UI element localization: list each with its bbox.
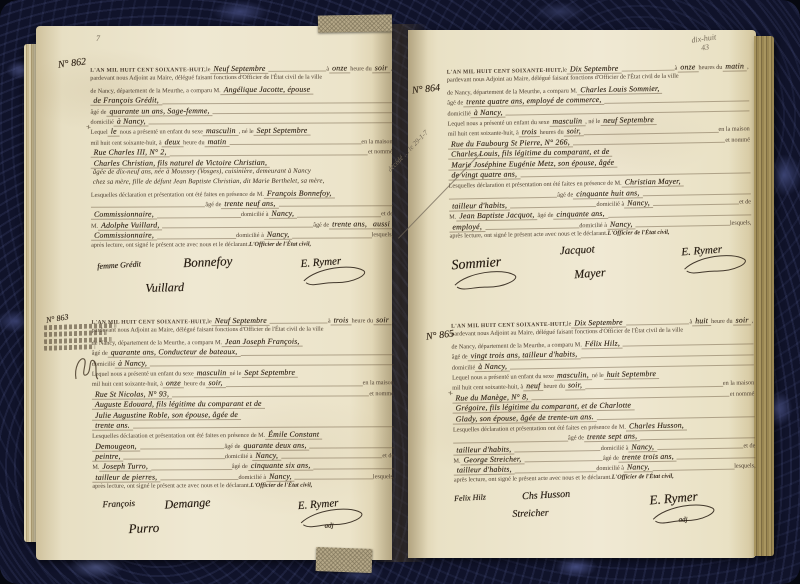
handwritten-entry: soir	[733, 315, 752, 325]
handwritten-entry: à Nancy,	[115, 358, 150, 368]
printed-form-text: domicilié à	[596, 465, 624, 472]
blank-rule	[269, 65, 327, 72]
handwritten-entry: soir	[372, 63, 391, 73]
printed-form-text: ,	[747, 63, 749, 70]
handwritten-entry: neuf Septembre	[600, 115, 657, 126]
handwritten-entry: matin	[205, 137, 230, 147]
handwritten-entry: Neuf Septembre	[212, 316, 270, 326]
handwritten-entry: Commissionnaire,	[91, 210, 157, 220]
printed-form-text: et de	[739, 198, 751, 205]
handwritten-entry: masculin	[203, 126, 239, 136]
handwritten-entry: Sept Septembre	[241, 368, 298, 378]
signature: E. Rymer	[300, 253, 370, 291]
printed-form-text: L'an mil huit cent soixante-huit,	[90, 67, 206, 74]
handwritten-entry: onze	[677, 62, 698, 72]
handwritten-entry: trente neuf ans,	[221, 199, 278, 209]
blank-rule	[449, 191, 557, 200]
signature: Sommier	[451, 253, 521, 295]
signature: Purro	[128, 520, 159, 537]
printed-form-text: et nommé	[730, 390, 755, 397]
printed-form-text: lesquels,	[373, 473, 395, 480]
handwritten-entry: Nancy,	[624, 198, 653, 208]
handwritten-entry: quarante deux ans,	[240, 440, 309, 450]
blank-rule	[226, 379, 363, 387]
handwritten-entry: masculin,	[554, 370, 592, 381]
handwritten-entry: huit	[692, 316, 711, 326]
birth-record: L'an mil huit cent soixante-huit, le Dix…	[447, 61, 753, 302]
printed-form-text: âgé de	[232, 463, 248, 470]
handwritten-entry: Angélique Jacotte, épouse	[221, 84, 314, 94]
printed-form-text: de Nancy, département de la Meurthe, a c…	[90, 87, 220, 95]
blank-rule	[636, 219, 730, 228]
printed-form-text: lesquels,	[730, 219, 752, 226]
blank-rule	[608, 208, 752, 218]
handwritten-entry: cinquante huit ans,	[573, 188, 643, 199]
printed-form-text: né le	[592, 372, 604, 379]
handwritten-entry: trente ans.	[92, 420, 133, 430]
blank-rule	[151, 463, 232, 470]
blank-rule	[279, 200, 393, 208]
illegible-script-line	[44, 344, 96, 351]
handwritten-entry: matin	[722, 61, 747, 71]
margin-signature-flourish	[70, 353, 104, 383]
pencil-corner-note: dix-huit 43	[691, 32, 718, 53]
handwritten-entry: tailleur d'habits,	[454, 465, 515, 476]
signatures-block: SommierJacquotMayerE. Rymer	[450, 241, 753, 302]
blank-rule	[170, 148, 369, 156]
printed-form-text: domicilié à	[596, 201, 624, 208]
printed-form-text: Lequel	[91, 129, 108, 136]
blank-rule	[453, 434, 568, 443]
printed-form-text: et nommé	[368, 148, 393, 155]
birth-record: L'an mil huit cent soixante-huit, le Neu…	[90, 63, 393, 311]
blank-rule	[157, 232, 236, 239]
blank-rule	[295, 473, 373, 480]
right-page-stack-edge	[754, 36, 774, 556]
printed-form-text: mil huit cent soixante-huit, à	[91, 139, 162, 146]
handwritten-entry: de François Grédit,	[90, 96, 162, 106]
blank-rule	[642, 187, 750, 196]
handwritten-entry: neuf	[523, 381, 543, 391]
printed-form-text: heure du	[543, 383, 565, 390]
handwritten-entry: Auguste Edouard, fils légitime du compar…	[92, 399, 265, 410]
birth-record: L'an mil huit cent soixante-huit, le Dix…	[451, 315, 757, 545]
handwritten-entry: trente sept ans,	[584, 432, 641, 443]
printed-form-text: âgé de	[557, 191, 573, 198]
handwritten-entry: Rue St Nicolas, N° 93,	[92, 389, 172, 399]
handwritten-entry: soir,	[205, 378, 225, 388]
handwritten-entry: Nancy,	[628, 442, 657, 452]
handwritten-entry: soir,	[564, 127, 584, 137]
blank-rule	[297, 210, 381, 217]
printed-form-text: mil huit cent soixante-huit, à	[452, 384, 523, 392]
printed-form-text: domicilié à	[601, 444, 629, 451]
handwritten-entry: George Streicher,	[460, 454, 524, 465]
blank-rule	[657, 442, 743, 451]
printed-form-text: âgé de	[568, 435, 584, 442]
handwritten-entry: Neuf Septembre	[210, 64, 268, 74]
blank-rule	[640, 431, 755, 440]
birth-record: L'an mil huit cent soixante-huit, le Neu…	[92, 315, 395, 552]
handwritten-entry: Nancy,	[268, 209, 297, 219]
blank-rule	[573, 136, 726, 146]
signature: Jacquot	[560, 243, 595, 257]
handwritten-entry: cinquante ans,	[553, 209, 607, 220]
printed-form-text: en la maison	[718, 126, 749, 134]
blank-rule	[653, 198, 739, 207]
printed-form-text: après lecture, ont signé le présent acte…	[92, 482, 250, 490]
handwritten-entry: onze	[163, 379, 184, 389]
handwritten-entry: Joseph Turro,	[99, 462, 151, 472]
printed-form-text: L'Officier de l'État civil,	[612, 473, 674, 481]
printed-form-text: heure du	[711, 318, 733, 325]
handwritten-entry: âgée de dix-neuf ans, née à Moussey (Vos…	[91, 168, 313, 176]
printed-form-text: et de	[382, 452, 394, 459]
printed-form-text: Lequel nous a présenté un enfant du sexe	[452, 373, 554, 382]
signature: Vuillard	[145, 280, 184, 296]
blank-rule	[485, 222, 579, 231]
handwritten-entry: cinquante six ans,	[248, 461, 314, 471]
handwritten-entry: chez sa mère, fille de défunt Jean Bapti…	[91, 178, 327, 186]
handwritten-entry: à Nancy,	[471, 107, 506, 118]
blank-rule	[510, 201, 596, 210]
printed-form-text: et de	[743, 442, 755, 449]
blank-rule	[160, 473, 238, 480]
printed-form-text: né le	[229, 370, 241, 377]
handwritten-entry: Sept Septembre	[254, 126, 311, 136]
handwritten-entry: Adolphe Vuillard,	[98, 220, 162, 230]
handwritten-entry: trente ans,	[329, 219, 370, 229]
blank-rule	[313, 462, 394, 469]
handwritten-entry: tailleur d'habits,	[449, 201, 510, 212]
handwritten-entry: tailleur d'habits,	[453, 444, 514, 455]
handwritten-entry: quarante un ans, Sage-femme,	[106, 106, 212, 117]
blank-rule	[91, 201, 205, 209]
blank-rule	[623, 337, 754, 346]
signature: François	[102, 498, 135, 509]
printed-form-text: en la maison	[363, 380, 394, 387]
blank-rule	[604, 94, 749, 104]
signature: Demange	[164, 495, 211, 513]
handwritten-entry: Nancy,	[266, 472, 295, 482]
blank-rule	[172, 389, 369, 397]
printed-form-text: âgé de	[224, 443, 240, 450]
blank-rule	[524, 454, 603, 462]
handwritten-entry: employé,	[449, 222, 485, 233]
blank-rule	[584, 126, 719, 135]
printed-form-text: L'Officier de l'État civil,	[250, 482, 312, 489]
illegible-script-line	[44, 337, 114, 344]
signature: adj	[678, 516, 687, 524]
printed-form-text: L'Officier de l'État civil,	[249, 240, 311, 247]
printed-form-text: ,	[751, 317, 753, 324]
printed-form-text: Lesquelles déclaration et présentation o…	[92, 432, 265, 440]
blank-rule	[514, 444, 600, 453]
printed-form-text: Lequel nous a présenté un enfant du sexe	[448, 119, 550, 128]
signature: Chs Husson	[522, 489, 571, 503]
signatures-block: femme GréditBonnefoyVuillardE. Rymer	[91, 253, 393, 311]
printed-form-text: heures du	[698, 64, 722, 71]
printed-form-text: heures du	[540, 129, 564, 136]
signature: Mayer	[574, 265, 606, 282]
blank-rule	[157, 211, 241, 218]
signature: adj	[325, 521, 334, 529]
handwritten-entry: masculin	[549, 116, 585, 127]
handwritten-entry: Jean Baptiste Jacquot,	[456, 211, 537, 222]
printed-form-text: ,	[392, 317, 394, 324]
blank-rule	[281, 452, 382, 460]
handwritten-entry: trois	[331, 315, 352, 325]
handwritten-entry: soir	[373, 315, 392, 325]
printed-form-text: lesquels,	[372, 231, 394, 238]
handwritten-entry: trois	[519, 127, 540, 137]
record-form-line: M. Adolphe Vuillard, âgé de trente ans,a…	[91, 219, 393, 231]
signature: Felix Hilz	[454, 493, 486, 504]
handwritten-entry: Demougeon,	[92, 441, 140, 451]
handwritten-entry: Nancy,	[624, 463, 653, 473]
blank-rule	[626, 318, 690, 326]
blank-rule	[677, 452, 756, 460]
handwritten-entry: masculin	[194, 368, 230, 378]
printed-form-text: mil huit cent soixante-huit, à	[448, 130, 519, 138]
printed-form-text: âgé de	[452, 353, 468, 360]
blank-rule	[140, 442, 225, 449]
blank-rule	[162, 96, 393, 104]
blank-rule	[621, 64, 674, 72]
printed-form-text: après lecture, ont signé le présent acte…	[454, 474, 612, 484]
blank-rule	[149, 117, 393, 125]
handwritten-entry: Émile Constant	[265, 430, 322, 440]
handwritten-entry: Félix Hilz,	[582, 338, 623, 349]
handwritten-entry: Christian Mayer,	[622, 177, 684, 188]
printed-form-text: L'Officier de l'État civil,	[607, 229, 669, 237]
printed-form-text: pardevant nous Adjoint au Maire, délégué…	[90, 74, 322, 82]
signature-flourish	[682, 250, 752, 279]
signature-flourish	[452, 266, 522, 295]
blank-rule	[213, 106, 393, 114]
handwritten-entry: soir,	[565, 381, 585, 391]
handwritten-entry: onze	[329, 63, 350, 73]
signatures-block: Felix HilzChs HussonStreicherE. Rymeradj	[454, 485, 757, 546]
illegible-script-line	[44, 330, 109, 337]
handwritten-entry: Commissionnaire,	[91, 231, 157, 241]
handwritten-entry: à Nancy,	[475, 361, 510, 372]
handwritten-entry: trente trois ans,	[619, 452, 677, 463]
blank-rule	[240, 348, 393, 356]
printed-form-text: pardevant nous Adjoint au Maire, délégué…	[92, 326, 324, 334]
handwritten-entry: Julie Augustine Roble, son épouse, âgée …	[92, 410, 241, 421]
handwritten-entry: Rue Charles III, N° 2,	[91, 148, 170, 158]
handwritten-entry: Nancy,	[252, 451, 281, 461]
handwritten-entry: Charles Husson,	[626, 420, 687, 431]
scanned-register-photo: L'an mil huit cent soixante-huit, le Neu…	[0, 0, 800, 584]
handwritten-entry: le	[108, 127, 120, 137]
blank-rule	[270, 317, 328, 324]
handwritten-entry: tailleur de pierres,	[92, 472, 160, 482]
printed-form-text: domicilié à	[236, 232, 264, 239]
signatures-block: FrançoisDemangePurroE. Rymeradj	[92, 495, 394, 553]
printed-form-text: lesquels,	[734, 463, 756, 470]
blank-rule	[292, 231, 371, 238]
printed-form-text: après lecture, ont signé le présent acte…	[450, 230, 608, 240]
printed-form-text: heure du	[350, 65, 372, 72]
printed-form-text: M.	[91, 223, 98, 230]
handwritten-entry: Nancy,	[607, 219, 636, 229]
printed-form-text: heure du	[184, 381, 206, 388]
printed-form-text: domicilié à	[225, 453, 253, 460]
handwritten-entry: peintre,	[92, 452, 123, 462]
signature: femme Grédit	[97, 259, 141, 271]
record-form-line: après lecture, ont signé le présent acte…	[92, 481, 394, 493]
blank-rule	[150, 358, 394, 366]
handwritten-entry: quarante ans, Conducteur de bateaux,	[108, 347, 241, 358]
handwritten-entry: aussi	[370, 219, 393, 229]
printed-form-text: en la maison	[723, 380, 754, 388]
binding-tape-top	[318, 14, 392, 32]
handwritten-entry: Jean Joseph François,	[222, 336, 303, 346]
printed-form-text: âgé de	[603, 455, 619, 462]
blank-rule	[162, 221, 313, 229]
printed-form-text: Lesquelles déclaration et présentation o…	[91, 191, 264, 199]
printed-form-text: heure du	[183, 139, 205, 146]
printed-form-text: et nommé	[369, 390, 394, 397]
printed-form-text: heure du	[352, 317, 374, 324]
signature: Streicher	[512, 508, 549, 520]
printed-form-text: , né le	[239, 128, 254, 135]
pencil-page-mark: 7	[96, 34, 100, 43]
signature: E. Rymer	[681, 241, 751, 279]
signature-flourish	[301, 262, 371, 291]
margin-note-illegible	[44, 324, 118, 388]
handwritten-entry: Nancy,	[264, 230, 293, 240]
handwritten-entry: Charles Louis Sommier,	[577, 84, 662, 95]
printed-form-text: domicilié à	[241, 211, 269, 218]
printed-form-text: âgé de	[313, 221, 329, 228]
handwritten-entry: Charles Christian, fils naturel de Victo…	[91, 157, 270, 168]
printed-form-text: , né le	[585, 118, 600, 125]
record-form-line: après lecture, ont signé le présent acte…	[91, 240, 393, 252]
blank-rule	[597, 410, 755, 420]
blank-rule	[515, 465, 597, 473]
printed-form-text: et nommé	[725, 136, 750, 143]
printed-form-text: en la maison	[361, 138, 392, 145]
handwritten-entry: à Nancy,	[114, 116, 149, 126]
blank-rule	[133, 421, 394, 429]
printed-form-text: après lecture, ont signé le présent acte…	[91, 241, 249, 249]
signature: Bonnefoy	[183, 253, 233, 271]
signature-flourish	[650, 500, 720, 530]
printed-form-text: âgé de	[90, 108, 106, 115]
printed-form-text: nous a présenté un enfant du sexe	[120, 129, 203, 136]
printed-form-text: domicilié à	[579, 222, 607, 229]
blank-rule	[124, 453, 225, 461]
printed-form-text: domicilié à	[238, 474, 266, 481]
printed-form-text: et de	[381, 211, 393, 218]
printed-form-text: ,	[391, 65, 393, 72]
blank-rule	[229, 137, 361, 145]
blank-rule	[653, 463, 735, 471]
printed-form-text: domicilié	[452, 364, 475, 371]
blank-rule	[310, 441, 395, 448]
handwritten-entry: deux	[162, 137, 184, 147]
handwritten-entry: huit Septembre	[604, 369, 660, 380]
handwritten-entry: François Bonnefoy,	[264, 188, 335, 198]
printed-form-text: âgé de	[205, 201, 221, 208]
printed-form-text: M.	[92, 464, 99, 471]
printed-form-text: âgé de	[537, 212, 553, 219]
blank-rule	[585, 380, 723, 389]
printed-form-text: domicilié	[90, 119, 113, 126]
handwritten-entry: vingt trois ans, tailleur d'habits,	[468, 350, 581, 362]
